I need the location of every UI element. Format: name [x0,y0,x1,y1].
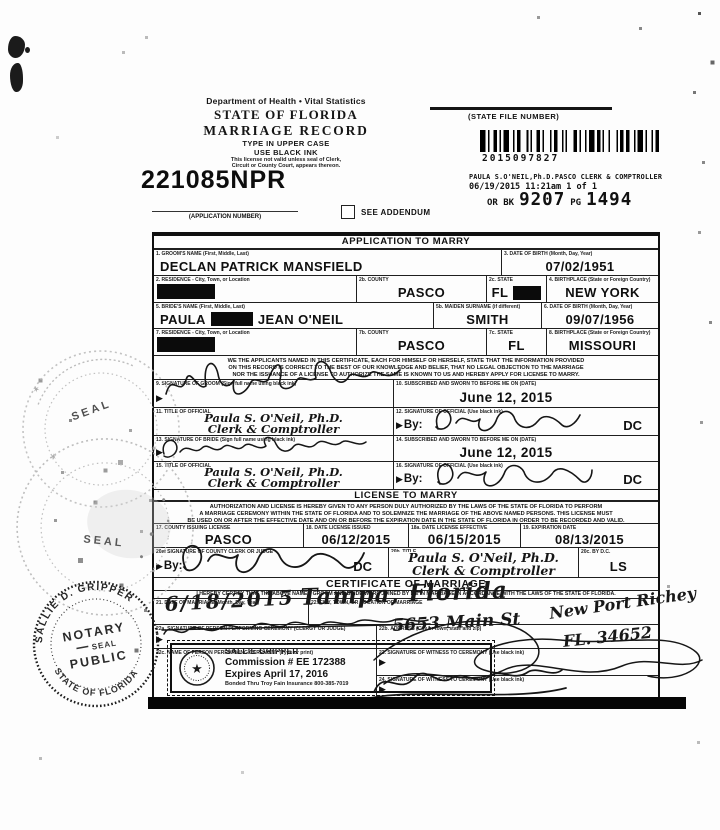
arrow-icon: ▶ [156,447,163,458]
scanned-marriage-record: Department of Health • Vital Statistics … [0,0,720,830]
book-page-line: OR BK 9207 PG 1494 [487,190,632,210]
bride-residence-cell: 7. RESIDENCE - City, Town, or Location [154,329,357,355]
license-text-row: AUTHORIZATION AND LICENSE IS HEREBY GIVE… [154,502,658,524]
bride-dob-label: 6. DATE OF BIRTH (Month, Day, Year) [542,303,658,310]
groom-state-label: 2c. STATE [487,276,546,283]
record-title: MARRIAGE RECORD [150,123,422,139]
official1-title-cell: 11. TITLE OF OFFICIAL Paula S. O'Neil, P… [154,408,394,435]
groom-birthplace-value: NEW YORK [547,283,658,302]
clerk-by-row: ▶ By: DC [154,555,388,577]
date-issued-label: 18. DATE LICENSE ISSUED [304,524,408,531]
sworn2-date: June 12, 2015 [394,443,658,461]
bride-birthplace-label: 8. BIRTHPLACE (State or Foreign Country) [547,329,658,336]
issuing-county-value: PASCO [154,531,303,547]
license-section-title: LICENSE TO MARRY [154,490,658,500]
barcode-number: 2015097827 [482,153,559,164]
seal-text: SEAL [70,398,113,423]
official2-signature-label: 16. SIGNATURE OF OFFICIAL (Use black ink… [394,462,658,469]
notary-stamp-commission: Commission # EE 172388 [225,658,348,668]
groom-dob-label: 3. DATE OF BIRTH (Month, Day, Year) [502,250,658,257]
seal-text: SEAL [83,533,125,549]
groom-residence-row: 2. RESIDENCE - City, Town, or Location 2… [154,276,658,303]
official2-signature-cell: 16. SIGNATURE OF OFFICIAL (Use black ink… [394,462,658,489]
oath-line1: WE THE APPLICANTS NAMED IN THIS CERTIFIC… [154,358,658,365]
by-label: By: [164,560,183,572]
groom-residence-label: 2. RESIDENCE - City, Town, or Location [154,276,356,283]
svg-text:SALLIE D. GRIPPER: SALLIE D. GRIPPER [25,575,141,646]
groom-signature-cell: 9. SIGNATURE OF GROOM (Sign full name us… [154,380,394,407]
license-text: AUTHORIZATION AND LICENSE IS HEREBY GIVE… [154,502,658,523]
license-line1: AUTHORIZATION AND LICENSE IS HEREBY GIVE… [154,504,658,511]
groom-county-value: PASCO [357,283,486,302]
sworn1-label: 10. SUBSCRIBED AND SWORN TO BEFORE ME ON… [394,380,658,387]
see-addendum-checkbox [341,205,355,219]
groom-dob-value: 07/02/1951 [502,257,658,275]
bride-state-value: FL [487,336,546,355]
star-mark: ✶ [31,384,41,396]
by-dc-label: 20c. BY D.C. [579,548,658,555]
notary-stamp-expires: Expires April 17, 2016 [225,670,348,680]
bride-name-cell: 5. BRIDE'S NAME (First, Middle, Last) PA… [154,303,434,328]
notary-commission-stamp: ★ SALLIE GRIPPER Commission # EE 172388 … [170,643,492,693]
application-number-line [152,211,298,212]
issuing-county-label: 17. COUNTY ISSUING LICENSE [154,524,303,531]
maiden-surname-label: 5b. MAIDEN SURNAME (if different) [434,303,541,310]
dc-initials: DC [623,472,642,487]
arrow-icon: ▶ [396,420,403,431]
redaction-box [211,312,253,326]
scan-artifact [8,36,25,58]
date-issued-cell: 18. DATE LICENSE ISSUED 06/12/2015 [304,524,409,547]
bride-residence-label: 7. RESIDENCE - City, Town, or Location [154,329,356,336]
bride-name-label: 5. BRIDE'S NAME (First, Middle, Last) [154,303,433,310]
official1-by-row: ▶ By: DC [394,415,658,435]
scan-noise [0,0,1,1]
application-stamp-number: 221085NPR [141,166,286,195]
issuing-county-cell: 17. COUNTY ISSUING LICENSE PASCO [154,524,304,547]
official1-title-value: Paula S. O'Neil, Ph.D. Clerk & Comptroll… [154,413,393,435]
official2-by-row: ▶ By: DC [394,469,658,489]
official2-title-cell: 15. TITLE OF OFFICIAL Paula S. O'Neil, P… [154,462,394,489]
svg-text:STATE OF FLORIDA: STATE OF FLORIDA [52,653,143,706]
notary-seal-icon: ★ [177,648,217,688]
groom-birthplace-label: 4. BIRTHPLACE (State or Foreign Country) [547,276,658,283]
groom-state-cell: 2c. STATE FL [487,276,547,302]
bride-signature-row: 13. SIGNATURE OF BRIDE (Sign full name u… [154,436,658,462]
official2-row: 15. TITLE OF OFFICIAL Paula S. O'Neil, P… [154,462,658,490]
see-addendum-label: SEE ADDENDUM [361,208,430,217]
application-title-row: APPLICATION TO MARRY [154,236,658,250]
book-number: 9207 [519,190,565,210]
groom-county-label: 2b. COUNTY [357,276,486,283]
bride-name-value: PAULA JEAN O'NEIL [154,310,433,328]
official1-row: 11. TITLE OF OFFICIAL Paula S. O'Neil, P… [154,408,658,436]
clerk-signature-cell: 20a. SIGNATURE OF COUNTY CLERK OR JUDGE … [154,548,389,577]
clerk-signature-label: 20a. SIGNATURE OF COUNTY CLERK OR JUDGE [154,548,388,555]
page-number: 1494 [586,190,632,210]
arrow-icon: ▶ [396,474,403,485]
sworn1-cell: 10. SUBSCRIBED AND SWORN TO BEFORE ME ON… [394,380,658,407]
bride-name-row: 5. BRIDE'S NAME (First, Middle, Last) PA… [154,303,658,329]
oath-row: WE THE APPLICANTS NAMED IN THIS CERTIFIC… [154,356,658,380]
by-label: By: [404,419,423,431]
notary-seal-word: SEAL [91,638,118,651]
barcode [480,130,665,152]
bride-dob-value: 09/07/1956 [542,310,658,328]
bride-state-cell: 7c. STATE FL [487,329,547,355]
license-line2: A MARRIAGE CEREMONY WITHIN THE STATE OF … [154,511,658,518]
maiden-surname-cell: 5b. MAIDEN SURNAME (if different) SMITH [434,303,542,328]
type-instruction: TYPE IN UPPER CASE [150,139,422,148]
bride-signature-label: 13. SIGNATURE OF BRIDE (Sign full name u… [154,436,393,443]
clerk-signature-row: 20a. SIGNATURE OF COUNTY CLERK OR JUDGE … [154,548,658,578]
groom-state-text: FL [492,285,509,300]
groom-name-label: 1. GROOM'S NAME (First, Middle, Last) [154,250,501,257]
bride-first-name: PAULA [160,312,206,327]
arrow-icon: ▶ [156,393,163,404]
recording-clerk-line: PAULA S.O'NEIL,Ph.D.PASCO CLERK & COMPTR… [469,173,662,181]
ink-instruction: USE BLACK INK [150,148,422,157]
date-issued-value: 06/12/2015 [304,531,408,547]
groom-residence-cell: 2. RESIDENCE - City, Town, or Location [154,276,357,302]
form-bottom-edge [148,697,686,709]
groom-signature-row: 9. SIGNATURE OF GROOM (Sign full name us… [154,380,658,408]
sworn2-cell: 14. SUBSCRIBED AND SWORN TO BEFORE ME ON… [394,436,658,461]
official-title-line2: Clerk & Comptroller [154,478,393,489]
date-effective-label: 18a. DATE LICENSE EFFECTIVE [409,524,520,531]
bride-signature-cell: 13. SIGNATURE OF BRIDE (Sign full name u… [154,436,394,461]
sworn2-label: 14. SUBSCRIBED AND SWORN TO BEFORE ME ON… [394,436,658,443]
official1-signature-cell: 12. SIGNATURE OF OFFICIAL (Use black ink… [394,408,658,435]
bride-dob-cell: 6. DATE OF BIRTH (Month, Day, Year) 09/0… [542,303,658,328]
bride-county-cell: 7b. COUNTY PASCO [357,329,487,355]
groom-dob-cell: 3. DATE OF BIRTH (Month, Day, Year) 07/0… [502,250,658,275]
scan-artifact [25,47,30,53]
bride-birthplace-value: MISSOURI [547,336,658,355]
bride-state-label: 7c. STATE [487,329,546,336]
notary-stamp-bonded: Bonded Thru Troy Fain Insurance 800-385-… [225,682,348,688]
form-header: Department of Health • Vital Statistics … [150,96,422,169]
arrow-icon: ▶ [156,634,163,645]
redaction-box [513,286,541,300]
notary-line2: PUBLIC [69,648,129,672]
date-effective-value: 06/15/2015 [409,531,520,547]
groom-birthplace-cell: 4. BIRTHPLACE (State or Foreign Country)… [547,276,658,302]
groom-signature-label: 9. SIGNATURE OF GROOM (Sign full name us… [154,380,393,387]
expiration-date-label: 19. EXPIRATION DATE [521,524,658,531]
official2-title-value: Paula S. O'Neil, Ph.D. Clerk & Comptroll… [154,467,393,489]
bride-birthplace-cell: 8. BIRTHPLACE (State or Foreign Country)… [547,329,658,355]
pg-label: PG [570,198,581,208]
groom-name-row: 1. GROOM'S NAME (First, Middle, Last) DE… [154,250,658,276]
groom-name-value: DECLAN PATRICK MANSFIELD [154,257,501,275]
date-effective-cell: 18a. DATE LICENSE EFFECTIVE 06/15/2015 [409,524,521,547]
oath-text: WE THE APPLICANTS NAMED IN THIS CERTIFIC… [154,356,658,379]
notary-line1: NOTARY [61,620,126,645]
state-file-number-label: (STATE FILE NUMBER) [468,112,559,121]
official-title-line2: Clerk & Comptroller [154,424,393,435]
bride-residence-row: 7. RESIDENCE - City, Town, or Location 7… [154,329,658,356]
bride-county-value: PASCO [357,336,486,355]
expiration-date-value: 08/13/2015 [521,531,658,547]
by-label: By: [404,473,423,485]
groom-county-cell: 2b. COUNTY PASCO [357,276,487,302]
oath-line3: NOR THE ISSUANCE OF A LICENSE TO AUTHORI… [154,372,658,379]
groom-name-cell: 1. GROOM'S NAME (First, Middle, Last) DE… [154,250,502,275]
official-title-line2: Clerk & Comptroller [389,565,578,578]
expiration-date-cell: 19. EXPIRATION DATE 08/13/2015 [521,524,658,547]
clerk-title-cell: 20b. TITLE Paula S. O'Neil, Ph.D. Clerk … [389,548,579,577]
scan-artifact [10,63,23,92]
performer-signature-label: 22a. SIGNATURE OF PERSON PERFORMING CERE… [154,625,376,632]
notary-stamp-name: SALLIE GRIPPER [225,648,348,656]
application-number-label: (APPLICATION NUMBER) [152,214,298,220]
by-dc-cell: 20c. BY D.C. LS [579,548,658,577]
application-section-title: APPLICATION TO MARRY [154,236,658,248]
by-dc-value: LS [579,555,658,577]
dc-initials: DC [623,418,642,433]
oath-line2: ON THIS RECORD IS CORRECT TO THE BEST OF… [154,365,658,372]
sworn1-date: June 12, 2015 [394,387,658,407]
notary-stamp-text: SALLIE GRIPPER Commission # EE 172388 Ex… [225,648,348,688]
clerk-title-value: Paula S. O'Neil, Ph.D. Clerk & Comptroll… [389,552,578,577]
redaction-box [157,284,215,299]
star-icon: ★ [191,661,203,676]
or-bk-label: OR BK [487,198,514,208]
arrow-icon: ▶ [156,561,163,572]
license-title-row: LICENSE TO MARRY [154,490,658,502]
bride-county-label: 7b. COUNTY [357,329,486,336]
dc-initials: DC [353,559,372,574]
official1-signature-label: 12. SIGNATURE OF OFFICIAL (Use black ink… [394,408,658,415]
groom-state-value: FL [487,283,546,302]
state-file-number-line [430,107,612,110]
bride-rest-name: JEAN O'NEIL [258,312,344,327]
star-mark: ✶ [49,451,58,462]
department-line: Department of Health • Vital Statistics [150,96,422,106]
license-dates-row: 17. COUNTY ISSUING LICENSE PASCO 18. DAT… [154,524,658,548]
notary-state-text: STATE OF FLORIDA [52,653,143,706]
state-line: STATE OF FLORIDA [150,107,422,123]
notary-name-text: SALLIE D. GRIPPER [25,575,141,646]
redaction-box [157,337,215,352]
maiden-surname-value: SMITH [434,310,541,328]
